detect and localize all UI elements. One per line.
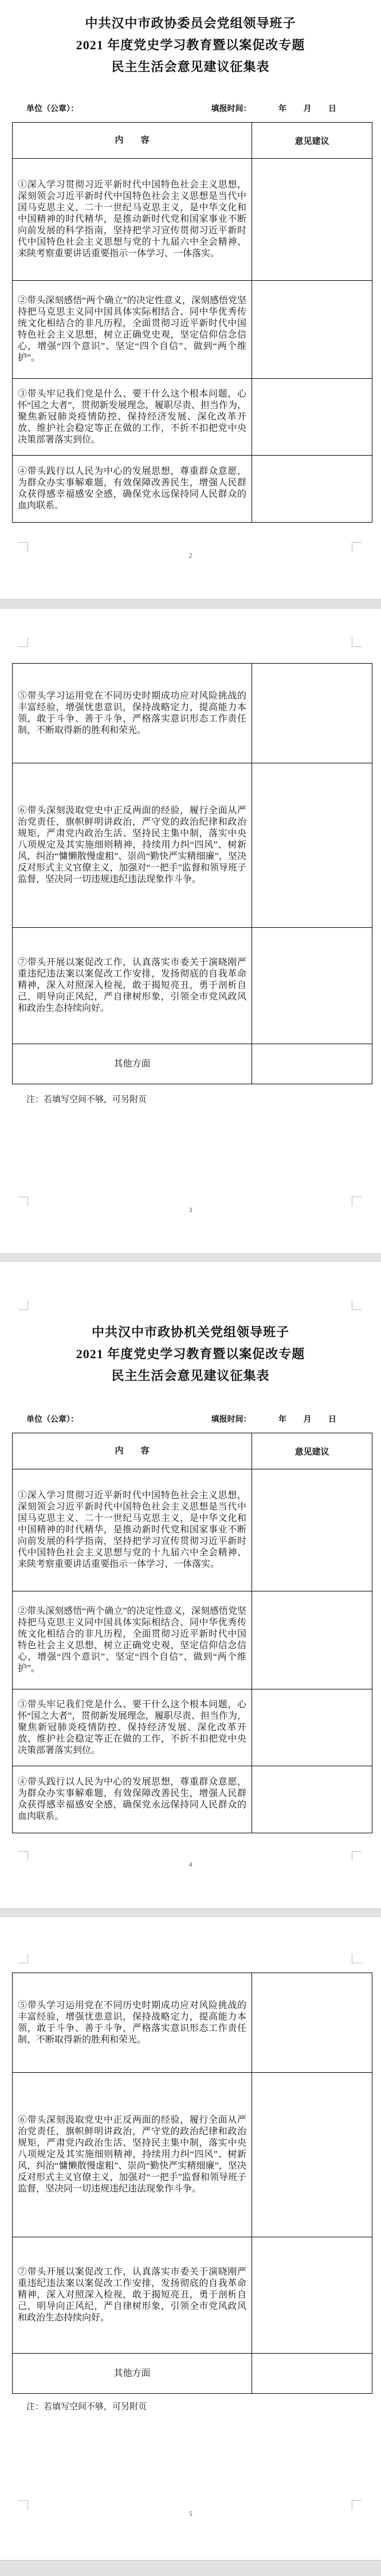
date-month-label: 月 xyxy=(304,1413,312,1425)
table-row-3: ③带头牢记我们党是什么、要干什么这个根本问题，心怀“国之大者”，贯彻新发展理念，… xyxy=(13,1689,372,1766)
table-row-1: ①深入学习贯彻习近平新时代中国特色社会主义思想，深刻领会习近平新时代中国特色社会… xyxy=(13,158,372,280)
fill-time-label: 填报时间： xyxy=(211,1416,252,1424)
form-title: 中共汉中市政协委员会党组领导班子 2021 年度党史学习教育暨以案促改专题 民主… xyxy=(0,13,381,78)
unit-and-date-row: 单位（公章）： 填报时间： 年 月 日 xyxy=(0,1413,381,1425)
date-year-label: 年 xyxy=(278,1413,286,1425)
content-cell-1: ①深入学习贯彻习近平新时代中国特色社会主义思想，深刻领会习近平新时代中国特色社会… xyxy=(13,159,252,280)
content-cell-7: ⑦带头开展以案促改工作，认真落实市委关于演晓刚严重违纪违法案以案促改工作安排，发… xyxy=(13,2237,252,2353)
suggestion-cell-4[interactable] xyxy=(252,1766,372,1833)
margin-mark-bottom-left xyxy=(18,542,28,552)
date-month-label: 月 xyxy=(304,103,312,114)
content-cell-3: ③带头牢记我们党是什么、要干什么这个根本问题，心怀“国之大者”，贯彻新发展理念，… xyxy=(13,379,252,455)
table-header-row: 内 容 意见建议 xyxy=(13,123,372,158)
content-header-cell: 内 容 xyxy=(13,123,252,158)
form-table-page1: 内 容 意见建议 ①深入学习贯彻习近平新时代中国特色社会主义思想，深刻领会习近平… xyxy=(12,1433,372,1833)
suggestion-cell-6[interactable] xyxy=(252,763,372,927)
table-row-6: ⑥带头深刻汲取党史中正反两面的经验，履行全面从严治党责任，旗帜鲜明讲政治，严守党… xyxy=(13,763,372,927)
form-title-line-1: 中共汉中市政协机关党组领导班子 xyxy=(0,1322,381,1343)
table-row-4: ④带头践行以人民为中心的发展思想，尊重群众意愿，为群众办实事解难题，有效保障改善… xyxy=(13,1766,372,1833)
margin-mark-bottom-right xyxy=(352,542,362,552)
content-cell-4: ④带头践行以人民为中心的发展思想，尊重群众意愿，为群众办实事解难题，有效保障改善… xyxy=(13,1766,252,1833)
form-title-line-3: 民主生活会意见建议征集表 xyxy=(0,1365,381,1387)
form-title-line-1: 中共汉中市政协委员会党组领导班子 xyxy=(0,13,381,34)
form-table-page1: 内 容 意见建议 ①深入学习贯彻习近平新时代中国特色社会主义思想，深刻领会习近平… xyxy=(12,122,372,523)
page-separator xyxy=(0,2560,381,2576)
margin-mark-top-left xyxy=(18,1300,28,1310)
table-row-7: ⑦带头开展以案促改工作，认真落实市委关于演晓刚严重违纪违法案以案促改工作安排，发… xyxy=(13,2237,372,2353)
suggestion-cell-1[interactable] xyxy=(252,1469,372,1591)
date-day-label: 日 xyxy=(328,103,336,114)
suggestion-cell-6[interactable] xyxy=(252,2073,372,2237)
table-row-2: ②带头深刻感悟“两个确立”的决定性意义，深刻感悟党坚持把马克思主义同中国具体实际… xyxy=(13,1591,372,1689)
content-cell-3: ③带头牢记我们党是什么、要干什么这个根本问题，心怀“国之大者”，贯彻新发展理念，… xyxy=(13,1689,252,1766)
content-cell-6: ⑥带头深刻汲取党史中正反两面的经验，履行全面从严治党责任，旗帜鲜明讲政治，严守党… xyxy=(13,2073,252,2237)
form-title-line-2: 2021 年度党史学习教育暨以案促改专题 xyxy=(0,1343,381,1365)
table-row-other: 其他方面 xyxy=(13,2353,372,2393)
content-cell-1: ①深入学习贯彻习近平新时代中国特色社会主义思想，深刻领会习近平新时代中国特色社会… xyxy=(13,1469,252,1591)
suggestion-cell-2[interactable] xyxy=(252,281,372,378)
suggestion-cell-1[interactable] xyxy=(252,159,372,280)
margin-mark-bottom-left xyxy=(18,1197,28,1206)
table-row-2: ②带头深刻感悟“两个确立”的决定性意义，深刻感悟党坚持把马克思主义同中国具体实际… xyxy=(13,280,372,378)
table-row-4: ④带头践行以人民为中心的发展思想，尊重群众意愿，为群众办实事解难题，有效保障改善… xyxy=(13,455,372,522)
table-header-row: 内 容 意见建议 xyxy=(13,1433,372,1469)
form-table-page2: ⑤带头学习运用党在不同历史时期成功应对风险挑战的丰富经验，增强忧患意识，保持战略… xyxy=(12,1973,372,2394)
form-title: 中共汉中市政协机关党组领导班子 2021 年度党史学习教育暨以案促改专题 民主生… xyxy=(0,1322,381,1387)
date-year-label: 年 xyxy=(278,103,286,114)
document-view: 中共汉中市政协委员会党组领导班子 2021 年度党史学习教育暨以案促改专题 民主… xyxy=(0,0,381,2576)
page-number: 2 xyxy=(0,551,381,560)
table-row-3: ③带头牢记我们党是什么、要干什么这个根本问题，心怀“国之大者”，贯彻新发展理念，… xyxy=(13,378,372,455)
suggestion-cell-7[interactable] xyxy=(252,2237,372,2353)
suggestion-header-cell: 意见建议 xyxy=(252,1433,372,1469)
form-title-line-2: 2021 年度党史学习教育暨以案促改专题 xyxy=(0,34,381,56)
fill-time-label: 填报时间： xyxy=(211,105,252,113)
content-header-cell: 内 容 xyxy=(13,1433,252,1469)
suggestion-cell-3[interactable] xyxy=(252,379,372,455)
margin-mark-top-right xyxy=(352,1300,362,1310)
content-cell-6: ⑥带头深刻汲取党史中正反两面的经验，履行全面从严治党责任，旗帜鲜明讲政治，严守党… xyxy=(13,763,252,927)
page-sheet-2: ⑤带头学习运用党在不同历史时期成功应对风险挑战的丰富经验，增强忧患意识，保持战略… xyxy=(0,609,381,1253)
table-row-5: ⑤带头学习运用党在不同历史时期成功应对风险挑战的丰富经验，增强忧患意识，保持战略… xyxy=(13,1973,372,2072)
suggestion-cell-5[interactable] xyxy=(252,1973,372,2072)
suggestion-cell-3[interactable] xyxy=(252,1689,372,1766)
unit-stamp-label: 单位（公章）： xyxy=(26,1413,130,1425)
unit-stamp-blank[interactable] xyxy=(78,105,130,114)
note-text: 注：若填写空间不够，可另附页 xyxy=(26,1093,147,1105)
unit-stamp-label: 单位（公章）： xyxy=(26,103,130,114)
page-number: 5 xyxy=(0,2510,381,2518)
page-separator xyxy=(0,1253,381,1262)
suggestion-cell-2[interactable] xyxy=(252,1591,372,1689)
page-sheet-3: 中共汉中市政协机关党组领导班子 2021 年度党史学习教育暨以案促改专题 民主生… xyxy=(0,1262,381,1908)
suggestion-cell-other[interactable] xyxy=(252,1044,372,1084)
margin-mark-top-right xyxy=(352,1954,362,1963)
table-row-1: ①深入学习贯彻习近平新时代中国特色社会主义思想，深刻领会习近平新时代中国特色社会… xyxy=(13,1469,372,1591)
page-separator xyxy=(0,599,381,609)
page-sheet-1: 中共汉中市政协委员会党组领导班子 2021 年度党史学习教育暨以案促改专题 民主… xyxy=(0,0,381,599)
content-cell-2: ②带头深刻感悟“两个确立”的决定性意义，深刻感悟党坚持把马克思主义同中国具体实际… xyxy=(13,1591,252,1689)
table-row-5: ⑤带头学习运用党在不同历史时期成功应对风险挑战的丰富经验，增强忧患意识，保持战略… xyxy=(13,664,372,763)
content-cell-4: ④带头践行以人民为中心的发展思想，尊重群众意愿，为群众办实事解难题，有效保障改善… xyxy=(13,456,252,522)
page-number: 4 xyxy=(0,1860,381,1869)
content-cell-5: ⑤带头学习运用党在不同历史时期成功应对风险挑战的丰富经验，增强忧患意识，保持战略… xyxy=(13,664,252,763)
form-table-page2: ⑤带头学习运用党在不同历史时期成功应对风险挑战的丰富经验，增强忧患意识，保持战略… xyxy=(12,663,372,1084)
table-row-other: 其他方面 xyxy=(13,1044,372,1084)
margin-mark-bottom-right xyxy=(352,1851,362,1861)
margin-mark-bottom-right xyxy=(352,1197,362,1206)
content-cell-5: ⑤带头学习运用党在不同历史时期成功应对风险挑战的丰富经验，增强忧患意识，保持战略… xyxy=(13,1973,252,2072)
date-day-label: 日 xyxy=(328,1413,336,1425)
suggestion-cell-5[interactable] xyxy=(252,664,372,763)
fill-time-group: 填报时间： 年 月 日 xyxy=(211,103,337,114)
margin-mark-top-right xyxy=(352,637,362,647)
suggestion-header-cell: 意见建议 xyxy=(252,123,372,158)
margin-mark-bottom-left xyxy=(18,1851,28,1861)
suggestion-cell-7[interactable] xyxy=(252,928,372,1044)
page-sheet-4: ⑤带头学习运用党在不同历史时期成功应对风险挑战的丰富经验，增强忧患意识，保持战略… xyxy=(0,1917,381,2560)
page-number: 3 xyxy=(0,1206,381,1214)
page-separator xyxy=(0,1908,381,1917)
form-title-line-3: 民主生活会意见建议征集表 xyxy=(0,56,381,78)
margin-mark-top-left xyxy=(18,637,28,647)
suggestion-cell-4[interactable] xyxy=(252,456,372,522)
other-aspects-cell: 其他方面 xyxy=(13,1044,252,1084)
margin-mark-top-left xyxy=(18,1954,28,1963)
table-row-6: ⑥带头深刻汲取党史中正反两面的经验，履行全面从严治党责任，旗帜鲜明讲政治，严守党… xyxy=(13,2072,372,2237)
unit-and-date-row: 单位（公章）： 填报时间： 年 月 日 xyxy=(0,103,381,114)
fill-time-group: 填报时间： 年 月 日 xyxy=(211,1413,337,1425)
content-cell-2: ②带头深刻感悟“两个确立”的决定性意义，深刻感悟党坚持把马克思主义同中国具体实际… xyxy=(13,281,252,378)
table-row-7: ⑦带头开展以案促改工作，认真落实市委关于演晓刚严重违纪违法案以案促改工作安排，发… xyxy=(13,927,372,1044)
note-text: 注：若填写空间不够，可另附页 xyxy=(26,2400,147,2412)
unit-stamp-blank[interactable] xyxy=(78,1416,130,1425)
margin-mark-bottom-right xyxy=(352,2500,362,2510)
suggestion-cell-other[interactable] xyxy=(252,2354,372,2393)
content-cell-7: ⑦带头开展以案促改工作，认真落实市委关于演晓刚严重违纪违法案以案促改工作安排，发… xyxy=(13,928,252,1044)
margin-mark-bottom-left xyxy=(18,2500,28,2510)
other-aspects-cell: 其他方面 xyxy=(13,2354,252,2393)
